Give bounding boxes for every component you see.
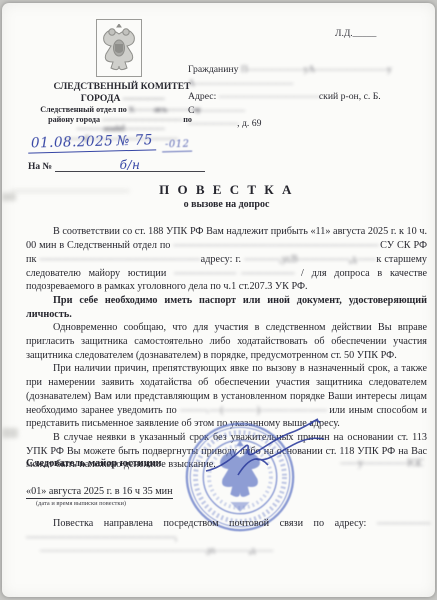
pen-signature-strokes: [198, 409, 344, 489]
outgoing-number-handwritten: 01.08.2025 № 75 -012: [28, 134, 214, 152]
na-no-label: На №: [28, 162, 52, 172]
paragraph-passport: При себе необходимо иметь паспорт или ин…: [26, 294, 427, 321]
scan-artifact: [2, 193, 16, 201]
issue-datetime: «01» августа 2025 г. в 16 ч 35 мин: [26, 486, 173, 499]
incoming-number-line: На № б/н: [28, 159, 208, 172]
recipient-line1: Гражданину П―――――――у А―――――――――у А――――――…: [188, 63, 435, 90]
recipient-block: Гражданину П―――――――у А―――――――――у А――――――…: [188, 63, 435, 131]
case-sheet-number-label: Л.Д._____: [335, 29, 376, 39]
document-title: П О В Е С Т К А: [26, 183, 427, 197]
paragraph-appearance: В соответствии со ст. 188 УПК РФ Вам над…: [26, 225, 427, 294]
recipient-line2: Адрес: ――――― ――――― ――ский р-он, с. Б. С―…: [188, 90, 435, 117]
scan-artifact: [2, 428, 18, 438]
issue-datetime-caption: (дата и время выписки повестки): [36, 500, 173, 507]
org-name-line2: ГОРОДА ―――――: [32, 93, 212, 105]
document-subtitle: о вызове на допрос: [26, 198, 427, 212]
org-name-line1: СЛЕДСТВЕННЫЙ КОМИТЕТ: [32, 81, 212, 93]
letterhead-org: СЛЕДСТВЕННЫЙ КОМИТЕТ ГОРОДА ―――――: [32, 81, 212, 104]
mailing-note: Повестка направлена посредством почтовой…: [26, 517, 429, 558]
mailing-line1: Повестка направлена посредством почтовой…: [26, 517, 429, 544]
double-eagle-emblem: [101, 24, 137, 72]
handwritten-date-number: 01.08.2025 № 75: [28, 132, 156, 153]
redacted-city: ―――――: [123, 93, 163, 104]
issue-datetime-block: «01» августа 2025 г. в 16 ч 35 мин (дата…: [26, 486, 173, 507]
document-page: Л.Д._____ СЛЕДСТВЕННЫЙ КОМИТЕТ ГОРОДА ――…: [2, 3, 435, 597]
coat-of-arms-frame: [96, 19, 142, 77]
investigator-role: Следователь майор юстиции: [26, 458, 162, 469]
recipient-line3: ――――――, д. 69: [188, 117, 435, 131]
redacted-region: ――――――――― ――――――― ――: [40, 254, 201, 265]
redacted-mailing-address: ――― ―――――――― ―― ――――― ――, ул. ―― ――, д. …: [40, 544, 429, 558]
redacted-investigator-name: ――――――― ――――――: [174, 268, 293, 279]
paragraph-defender: Одновременно сообщаю, что для участия в …: [26, 321, 427, 362]
na-no-underline: б/н: [55, 159, 205, 172]
handwritten-bn: б/н: [120, 158, 141, 172]
redacted-department: ――――――― ―――― ―――――― ――――――: [173, 240, 377, 251]
redacted-address: ――――, ул. В――――――, д. ――: [244, 254, 376, 265]
redacted-signatory-name: ――у――――― Ю.Г.: [340, 458, 422, 469]
ld-label: Л.Д._____: [335, 29, 376, 39]
handwritten-number-tail: -012: [162, 139, 193, 153]
